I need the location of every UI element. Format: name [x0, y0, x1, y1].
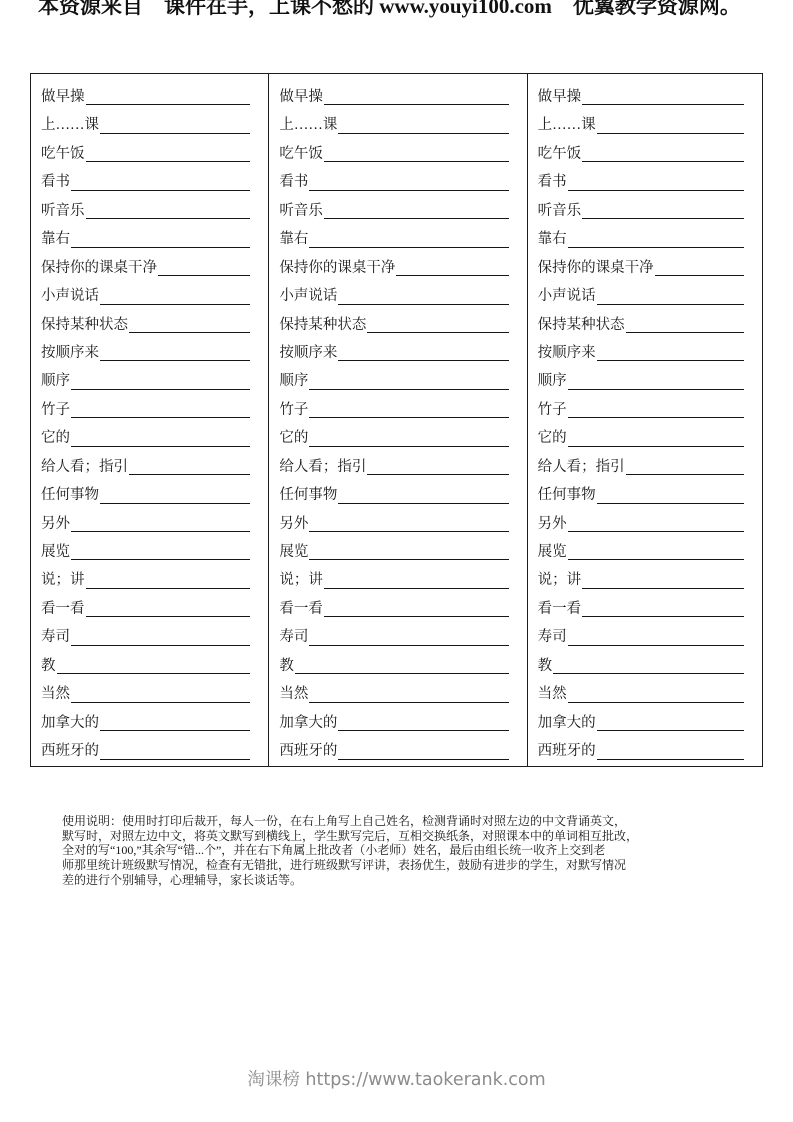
answer-blank: [100, 360, 250, 361]
answer-blank: [568, 645, 744, 646]
answer-blank: [100, 759, 250, 760]
vocab-row: 看书: [279, 168, 526, 196]
footer: 淘课榜 https://www.taokerank.com: [0, 1066, 793, 1091]
vocab-row: 听音乐: [41, 197, 268, 225]
vocab-term: 上……课: [279, 111, 337, 139]
answer-blank: [71, 247, 250, 248]
vocab-term: 看一看: [538, 595, 582, 623]
vocab-term: 看一看: [41, 595, 85, 623]
vocab-term: 它的: [41, 424, 70, 452]
vocab-term: 保持某种状态: [279, 311, 366, 339]
answer-blank: [71, 446, 250, 447]
vocab-term: 加拿大的: [538, 709, 596, 737]
vocab-row: 另外: [279, 510, 526, 538]
instructions-line: 默写时，对照左边中文，将英文默写到横线上，学生默写完后，互相交换纸条，对照课本中…: [62, 829, 637, 844]
vocab-row: 做早操: [538, 83, 762, 111]
promo-header-text: 本资源来自 课件在手，上课不愁的 www.youyi100.com 优翼教学资源…: [38, 0, 778, 20]
vocab-row: 做早操: [41, 83, 268, 111]
answer-blank: [86, 161, 251, 162]
vocab-row: 看一看: [538, 595, 762, 623]
vocab-row: 上……课: [279, 111, 526, 139]
vocab-row: 保持某种状态: [538, 311, 762, 339]
vocab-term: 保持你的课桌干净: [279, 254, 395, 282]
answer-blank: [568, 531, 744, 532]
vocab-term: 任何事物: [41, 481, 99, 509]
vocab-row: 当然: [538, 680, 762, 708]
vocab-term: 任何事物: [538, 481, 596, 509]
vocab-term: 给人看；指引: [538, 453, 625, 481]
answer-blank: [568, 417, 744, 418]
answer-blank: [86, 218, 251, 219]
vocab-term: 吃午饭: [41, 140, 85, 168]
vocab-term: 按顺序来: [41, 339, 99, 367]
answer-blank: [71, 417, 250, 418]
vocab-row: 它的: [41, 424, 268, 452]
vocab-term: 西班牙的: [41, 737, 99, 765]
answer-blank: [309, 389, 508, 390]
vocab-row: 西班牙的: [279, 737, 526, 765]
vocab-row: 保持你的课桌干净: [538, 254, 762, 282]
vocab-row: 做早操: [279, 83, 526, 111]
vocab-term: 竹子: [538, 396, 567, 424]
vocab-term: 小声说话: [279, 282, 337, 310]
vocab-row: 展览: [279, 538, 526, 566]
vocab-term: 小声说话: [538, 282, 596, 310]
answer-blank: [100, 503, 250, 504]
answer-blank: [71, 559, 250, 560]
vocab-row: 给人看；指引: [41, 453, 268, 481]
answer-blank: [309, 446, 508, 447]
vocab-term: 靠右: [279, 225, 308, 253]
footer-site-link[interactable]: 淘课榜 https://www.taokerank.com: [247, 1070, 545, 1090]
vocab-term: 看书: [41, 168, 70, 196]
vocab-term: 听音乐: [279, 197, 323, 225]
answer-blank: [597, 360, 744, 361]
answer-blank: [582, 588, 744, 589]
vocab-term: 另外: [41, 510, 70, 538]
vocab-row: 它的: [279, 424, 526, 452]
vocab-term: 顺序: [538, 367, 567, 395]
vocab-row: 上……课: [41, 111, 268, 139]
answer-blank: [309, 247, 508, 248]
vocab-row: 上……课: [538, 111, 762, 139]
answer-blank: [309, 531, 508, 532]
answer-blank: [100, 304, 250, 305]
answer-blank: [324, 104, 509, 105]
answer-blank: [568, 446, 744, 447]
answer-blank: [597, 730, 744, 731]
vocab-term: 加拿大的: [279, 709, 337, 737]
vocab-row: 按顺序来: [279, 339, 526, 367]
instructions-line: 使用说明：使用时打印后裁开，每人一份，在右上角写上自己姓名，检测背诵时对照左边的…: [62, 814, 637, 829]
vocab-row: 任何事物: [538, 481, 762, 509]
answer-blank: [86, 104, 251, 105]
vocab-term: 当然: [279, 680, 308, 708]
answer-blank: [57, 673, 251, 674]
vocab-term: 说；讲: [538, 566, 582, 594]
vocab-column: 做早操上……课吃午饭看书听音乐靠右保持你的课桌干净小声说话保持某种状态按顺序来顺…: [527, 74, 762, 766]
answer-blank: [100, 133, 250, 134]
vocab-row: 吃午饭: [41, 140, 268, 168]
vocab-row: 按顺序来: [538, 339, 762, 367]
answer-blank: [582, 104, 744, 105]
vocab-row: 顺序: [538, 367, 762, 395]
answer-blank: [597, 503, 744, 504]
vocab-row: 展览: [538, 538, 762, 566]
vocab-row: 任何事物: [41, 481, 268, 509]
answer-blank: [338, 360, 508, 361]
vocab-row: 加拿大的: [41, 709, 268, 737]
vocab-term: 顺序: [41, 367, 70, 395]
vocab-row: 竹子: [279, 396, 526, 424]
answer-blank: [568, 559, 744, 560]
answer-blank: [309, 417, 508, 418]
vocab-term: 保持你的课桌干净: [41, 254, 157, 282]
answer-blank: [568, 389, 744, 390]
vocab-term: 听音乐: [538, 197, 582, 225]
vocab-row: 小声说话: [279, 282, 526, 310]
instructions-line: 师那里统计班级默写情况，检查有无错批，进行班级默写评讲，表扬优生，鼓励有进步的学…: [62, 858, 637, 873]
answer-blank: [338, 133, 508, 134]
answer-blank: [597, 304, 744, 305]
vocab-row: 靠右: [41, 225, 268, 253]
vocab-term: 寿司: [41, 623, 70, 651]
vocab-term: 给人看；指引: [279, 453, 366, 481]
answer-blank: [324, 161, 509, 162]
vocab-row: 另外: [41, 510, 268, 538]
vocab-row: 竹子: [538, 396, 762, 424]
vocab-term: 上……课: [41, 111, 99, 139]
vocab-row: 保持你的课桌干净: [279, 254, 526, 282]
vocab-row: 给人看；指引: [279, 453, 526, 481]
vocab-row: 顺序: [41, 367, 268, 395]
instructions-line: 差的进行个别辅导，心理辅导，家长谈话等。: [62, 873, 637, 888]
answer-blank: [367, 474, 508, 475]
vocab-table: 做早操上……课吃午饭看书听音乐靠右保持你的课桌干净小声说话保持某种状态按顺序来顺…: [30, 73, 763, 767]
vocab-term: 吃午饭: [279, 140, 323, 168]
vocab-term: 竹子: [279, 396, 308, 424]
vocab-row: 靠右: [538, 225, 762, 253]
vocab-term: 给人看；指引: [41, 453, 128, 481]
answer-blank: [129, 332, 250, 333]
vocab-term: 看书: [538, 168, 567, 196]
vocab-row: 说；讲: [538, 566, 762, 594]
vocab-row: 另外: [538, 510, 762, 538]
vocab-term: 保持某种状态: [41, 311, 128, 339]
answer-blank: [553, 673, 744, 674]
vocab-term: 按顺序来: [279, 339, 337, 367]
vocab-row: 任何事物: [279, 481, 526, 509]
vocab-term: 做早操: [41, 83, 85, 111]
vocab-term: 教: [41, 652, 56, 680]
vocab-row: 教: [538, 652, 762, 680]
vocab-term: 它的: [538, 424, 567, 452]
answer-blank: [71, 645, 250, 646]
answer-blank: [100, 730, 250, 731]
vocab-row: 小声说话: [538, 282, 762, 310]
vocab-term: 说；讲: [41, 566, 85, 594]
answer-blank: [338, 503, 508, 504]
vocab-row: 当然: [279, 680, 526, 708]
vocab-term: 顺序: [279, 367, 308, 395]
vocab-term: 看书: [279, 168, 308, 196]
answer-blank: [129, 474, 250, 475]
answer-blank: [338, 730, 508, 731]
vocab-row: 吃午饭: [538, 140, 762, 168]
vocab-row: 说；讲: [279, 566, 526, 594]
vocab-row: 竹子: [41, 396, 268, 424]
answer-blank: [309, 645, 508, 646]
answer-blank: [338, 759, 508, 760]
vocab-row: 加拿大的: [279, 709, 526, 737]
vocab-term: 竹子: [41, 396, 70, 424]
answer-blank: [568, 702, 744, 703]
vocab-row: 寿司: [279, 623, 526, 651]
vocab-row: 保持某种状态: [41, 311, 268, 339]
vocab-row: 听音乐: [538, 197, 762, 225]
vocab-row: 看书: [41, 168, 268, 196]
answer-blank: [324, 218, 509, 219]
vocab-term: 吃午饭: [538, 140, 582, 168]
vocab-row: 它的: [538, 424, 762, 452]
vocab-term: 西班牙的: [538, 737, 596, 765]
answer-blank: [582, 161, 744, 162]
answer-blank: [568, 190, 744, 191]
usage-instructions: 使用说明：使用时打印后裁开，每人一份，在右上角写上自己姓名，检测背诵时对照左边的…: [62, 814, 637, 888]
vocab-term: 另外: [538, 510, 567, 538]
vocab-term: 靠右: [41, 225, 70, 253]
vocab-term: 小声说话: [41, 282, 99, 310]
vocab-row: 保持你的课桌干净: [41, 254, 268, 282]
answer-blank: [71, 531, 250, 532]
vocab-term: 任何事物: [279, 481, 337, 509]
vocab-term: 做早操: [538, 83, 582, 111]
vocab-term: 另外: [279, 510, 308, 538]
vocab-row: 看一看: [41, 595, 268, 623]
vocab-term: 展览: [538, 538, 567, 566]
vocab-row: 西班牙的: [41, 737, 268, 765]
vocab-term: 保持某种状态: [538, 311, 625, 339]
vocab-row: 看书: [538, 168, 762, 196]
vocab-term: 听音乐: [41, 197, 85, 225]
vocab-term: 展览: [41, 538, 70, 566]
answer-blank: [158, 275, 250, 276]
vocab-term: 保持你的课桌干净: [538, 254, 654, 282]
vocab-row: 吃午饭: [279, 140, 526, 168]
vocab-term: 展览: [279, 538, 308, 566]
answer-blank: [582, 218, 744, 219]
answer-blank: [324, 588, 509, 589]
instructions-line: 全对的写“100,”其余写“错...个”，并在右下角属上批改者（小老师）姓名，最…: [62, 843, 637, 858]
vocab-term: 教: [538, 652, 553, 680]
vocab-term: 当然: [538, 680, 567, 708]
vocab-term: 加拿大的: [41, 709, 99, 737]
answer-blank: [597, 133, 744, 134]
vocab-row: 按顺序来: [41, 339, 268, 367]
answer-blank: [295, 673, 509, 674]
answer-blank: [71, 190, 250, 191]
vocab-term: 靠右: [538, 225, 567, 253]
vocab-term: 寿司: [538, 623, 567, 651]
answer-blank: [86, 616, 251, 617]
vocab-row: 说；讲: [41, 566, 268, 594]
vocab-row: 顺序: [279, 367, 526, 395]
answer-blank: [86, 588, 251, 589]
answer-blank: [71, 389, 250, 390]
answer-blank: [568, 247, 744, 248]
vocab-row: 寿司: [41, 623, 268, 651]
vocab-term: 西班牙的: [279, 737, 337, 765]
answer-blank: [309, 190, 508, 191]
answer-blank: [582, 616, 744, 617]
vocab-row: 靠右: [279, 225, 526, 253]
vocab-row: 看一看: [279, 595, 526, 623]
answer-blank: [324, 616, 509, 617]
vocab-row: 小声说话: [41, 282, 268, 310]
vocab-row: 听音乐: [279, 197, 526, 225]
vocab-row: 给人看；指引: [538, 453, 762, 481]
answer-blank: [338, 304, 508, 305]
vocab-term: 寿司: [279, 623, 308, 651]
vocab-column: 做早操上……课吃午饭看书听音乐靠右保持你的课桌干净小声说话保持某种状态按顺序来顺…: [31, 74, 268, 766]
vocab-row: 教: [279, 652, 526, 680]
answer-blank: [309, 702, 508, 703]
answer-blank: [396, 275, 508, 276]
vocab-row: 寿司: [538, 623, 762, 651]
answer-blank: [309, 559, 508, 560]
answer-blank: [655, 275, 744, 276]
vocab-term: 做早操: [279, 83, 323, 111]
vocab-row: 展览: [41, 538, 268, 566]
vocab-term: 按顺序来: [538, 339, 596, 367]
vocab-term: 教: [279, 652, 294, 680]
answer-blank: [626, 474, 744, 475]
vocab-term: 说；讲: [279, 566, 323, 594]
vocab-row: 教: [41, 652, 268, 680]
vocab-term: 上……课: [538, 111, 596, 139]
vocab-row: 保持某种状态: [279, 311, 526, 339]
vocab-row: 西班牙的: [538, 737, 762, 765]
answer-blank: [71, 702, 250, 703]
answer-blank: [597, 759, 744, 760]
vocab-column: 做早操上……课吃午饭看书听音乐靠右保持你的课桌干净小声说话保持某种状态按顺序来顺…: [268, 74, 526, 766]
vocab-term: 看一看: [279, 595, 323, 623]
vocab-row: 当然: [41, 680, 268, 708]
answer-blank: [626, 332, 744, 333]
vocab-row: 加拿大的: [538, 709, 762, 737]
vocab-term: 它的: [279, 424, 308, 452]
answer-blank: [367, 332, 508, 333]
vocab-term: 当然: [41, 680, 70, 708]
